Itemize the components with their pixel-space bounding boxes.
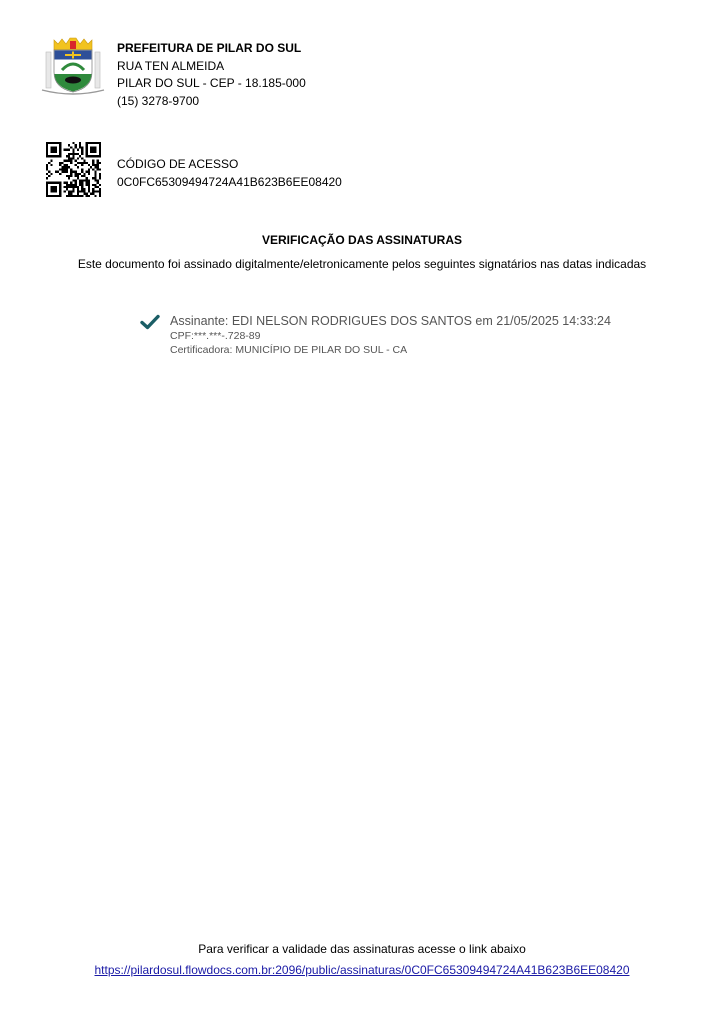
header-org-info: PREFEITURA DE PILAR DO SUL RUA TEN ALMEI… [117,40,306,110]
verification-title: VERIFICAÇÃO DAS ASSINATURAS [0,233,724,247]
verification-description: Este documento foi assinado digitalmente… [0,257,724,271]
verification-link[interactable]: https://pilardosul.flowdocs.com.br:2096/… [94,963,629,977]
access-code-value: 0C0FC65309494724A41B623B6EE08420 [117,174,342,192]
org-city-cep: PILAR DO SUL - CEP - 18.185-000 [117,75,306,93]
municipal-coat-of-arms-icon [40,36,106,96]
qr-code-icon [46,142,101,197]
checkmark-icon [140,314,160,330]
signer-cpf: CPF:***.***-.728-89 [170,329,611,343]
access-code-label: CÓDIGO DE ACESSO [117,156,342,174]
org-address: RUA TEN ALMEIDA [117,58,306,76]
org-phone: (15) 3278-9700 [117,93,306,111]
signature-entry: Assinante: EDI NELSON RODRIGUES DOS SANT… [170,313,611,357]
signer-line: Assinante: EDI NELSON RODRIGUES DOS SANT… [170,313,611,329]
footer-instruction: Para verificar a validade das assinatura… [0,942,724,956]
org-name: PREFEITURA DE PILAR DO SUL [117,40,306,58]
signer-certifier: Certificadora: MUNICÍPIO DE PILAR DO SUL… [170,343,611,357]
access-code-block: CÓDIGO DE ACESSO 0C0FC65309494724A41B623… [117,156,342,191]
footer-link-container: https://pilardosul.flowdocs.com.br:2096/… [0,963,724,977]
